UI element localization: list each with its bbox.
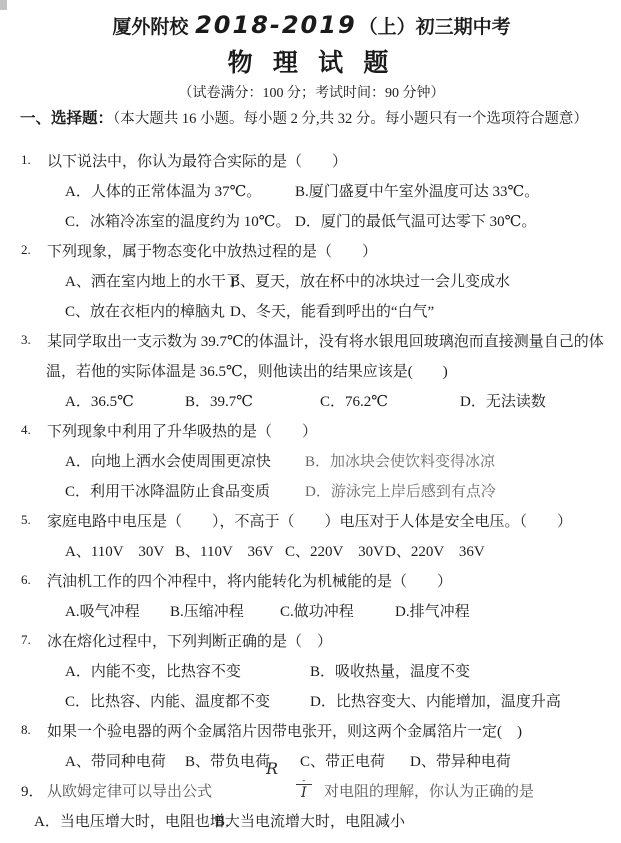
question-6-option-d: D.排气冲程 (395, 600, 470, 621)
question-4-option-c: C．利用干冰降温防止食品变质 (65, 480, 305, 501)
question-9-stem-suffix: 对电阻的理解，你认为正确的是 (324, 780, 534, 801)
question-9-stem-prefix: 从欧姆定律可以导出公式 (47, 780, 212, 801)
question-3: 3.某同学取出一支示数为 39.7℃的体温计，没有将水银甩回玻璃泡而直接测量自己… (20, 325, 603, 415)
question-2-option-d: D、冬天，能看到呼出的“白气” (230, 300, 434, 321)
question-1-number: 1. (20, 152, 47, 168)
question-5-stem: 家庭电路中电压是（ ），不高于（ ）电压对于人体是安全电压。（ ） (47, 510, 572, 531)
question-4-option-a: A．向地上洒水会使周围更凉快 (65, 450, 305, 471)
question-8-option-a: A、带同种电荷 (65, 750, 185, 771)
exam-meta-line: （试卷满分：100 分；考试时间：90 分钟） (20, 83, 603, 105)
exam-title-term: （上）初三期中考 (359, 17, 511, 38)
formula-denominator: I (296, 784, 312, 801)
question-5: 5.家庭电路中电压是（ ），不高于（ ）电压对于人体是安全电压。（ ） A、11… (20, 505, 603, 565)
question-4-option-b: B．加冰块会使饮料变得冰凉 (305, 450, 495, 471)
question-7-option-c: C．比热容、内能、温度都不变 (65, 690, 310, 711)
question-2-number: 2. (20, 242, 47, 258)
scan-artifact (0, 0, 7, 10)
formula-resistance-symbol: R (266, 759, 278, 778)
question-3-number: 3. (20, 332, 47, 348)
question-7-option-a: A．内能不变，比热容不变 (65, 660, 310, 681)
question-5-option-b: B、110V 36V (175, 540, 285, 561)
question-1-option-b: B.厦门盛夏中午室外温度可达 33℃。 (295, 180, 539, 201)
question-7-option-b: B．吸收热量，温度不变 (310, 660, 470, 681)
question-5-option-a: A、110V 30V (65, 540, 175, 561)
question-3-option-c: C．76.2℃ (320, 390, 460, 411)
question-6-option-c: C.做功冲程 (280, 600, 395, 621)
question-1: 1.以下说法中，你认为最符合实际的是（ ） A．人体的正常体温为 37℃。B.厦… (20, 145, 603, 235)
question-3-option-d: D．无法读数 (460, 390, 546, 411)
question-4-number: 4. (20, 422, 47, 438)
question-2-stem: 下列现象，属于物态变化中放热过程的是（ ） (47, 240, 377, 261)
question-3-option-a: A．36.5℃ (65, 390, 185, 411)
question-9-number: 9． (20, 780, 47, 801)
exam-title-school: 厦外附校 (112, 17, 188, 38)
question-7-option-d: D．比热容变大、内能增加，温度升高 (310, 690, 561, 711)
exam-page: 厦外附校 2018-2019（上）初三期中考 物 理 试 题 （试卷满分：100… (0, 0, 621, 835)
question-1-option-a: A．人体的正常体温为 37℃。 (65, 180, 295, 201)
question-6-option-b: B.压缩冲程 (170, 600, 280, 621)
question-3-stem-line-2: 温，若他的实际体温是 36.5℃，则他读出的结果应该是( ) (46, 360, 448, 381)
section-description: （本大题共 16 小题。每小题 2 分,共 32 分。每小题只有一个选项符合题意… (113, 111, 588, 127)
question-4: 4.下列现象中利用了升华吸热的是（ ） A．向地上洒水会使周围更凉快B．加冰块会… (20, 415, 603, 505)
question-6-option-a: A.吸气冲程 (65, 600, 170, 621)
question-8-option-c: C、带正电荷 (300, 750, 410, 771)
ohms-law-formula: R-I (212, 775, 324, 805)
question-1-stem: 以下说法中，你认为最符合实际的是（ ） (47, 150, 347, 171)
section-heading: 一、选择题：（本大题共 16 小题。每小题 2 分,共 32 分。每小题只有一个… (20, 107, 603, 131)
question-9: 9．从欧姆定律可以导出公式R-I对电阻的理解，你认为正确的是 A．当电压增大时，… (20, 775, 603, 835)
question-1-option-d: D．厦门的最低气温可达零下 30℃。 (295, 210, 536, 231)
question-2-option-a: A、洒在室内地上的水干了 (65, 270, 230, 291)
question-3-option-b: B．39.7℃ (185, 390, 320, 411)
question-5-option-c: C、220V 30V (285, 540, 385, 561)
question-6-number: 6. (20, 572, 47, 588)
question-2-option-b: B、夏天，放在杯中的冰块过一会儿变成水 (230, 270, 510, 291)
exam-subject-title: 物 理 试 题 (20, 47, 603, 81)
question-6: 6.汽油机工作的四个冲程中，将内能转化为机械能的是（ ） A.吸气冲程B.压缩冲… (20, 565, 603, 625)
question-5-number: 5. (20, 512, 47, 528)
exam-title: 厦外附校 2018-2019（上）初三期中考 (20, 8, 603, 42)
question-8: 8.如果一个验电器的两个金属箔片因带电张开，则这两个金属箔片一定( ) A、带同… (20, 715, 603, 775)
formula-numerator: - (296, 776, 312, 784)
question-2: 2.下列现象，属于物态变化中放热过程的是（ ） A、洒在室内地上的水干了B、夏天… (20, 235, 603, 325)
question-7: 7.冰在熔化过程中，下列判断正确的是（ ） A．内能不变，比热容不变B．吸收热量… (20, 625, 603, 715)
question-9-option-b: B．当电流增大时，电阻减小 (215, 810, 405, 831)
question-4-stem: 下列现象中利用了升华吸热的是（ ） (47, 420, 317, 441)
formula-fraction: -I (296, 776, 312, 801)
question-7-number: 7. (20, 632, 47, 648)
section-label: 一、选择题： (20, 110, 113, 127)
exam-title-year: 2018-2019 (193, 11, 359, 39)
question-5-option-d: D、220V 36V (385, 540, 485, 561)
question-2-option-c: C、放在衣柜内的樟脑丸 (65, 300, 230, 321)
question-1-option-c: C．冰箱冷冻室的温度约为 10℃。 (65, 210, 295, 231)
question-8-option-b: B、带负电荷 (185, 750, 300, 771)
question-8-number: 8. (20, 722, 47, 738)
question-8-stem: 如果一个验电器的两个金属箔片因带电张开，则这两个金属箔片一定( ) (47, 720, 522, 741)
question-8-option-d: D、带异种电荷 (410, 750, 511, 771)
question-3-stem-line-1: 某同学取出一支示数为 39.7℃的体温计，没有将水银甩回玻璃泡而直接测量自己的体 (47, 330, 604, 351)
question-4-option-d: D．游泳完上岸后感到有点冷 (305, 480, 496, 501)
question-6-stem: 汽油机工作的四个冲程中，将内能转化为机械能的是（ ） (47, 570, 452, 591)
question-list: 1.以下说法中，你认为最符合实际的是（ ） A．人体的正常体温为 37℃。B.厦… (20, 145, 603, 835)
question-7-stem: 冰在熔化过程中，下列判断正确的是（ ） (47, 630, 332, 651)
question-9-option-a: A．当电压增大时，电阻也增大 (34, 810, 215, 831)
